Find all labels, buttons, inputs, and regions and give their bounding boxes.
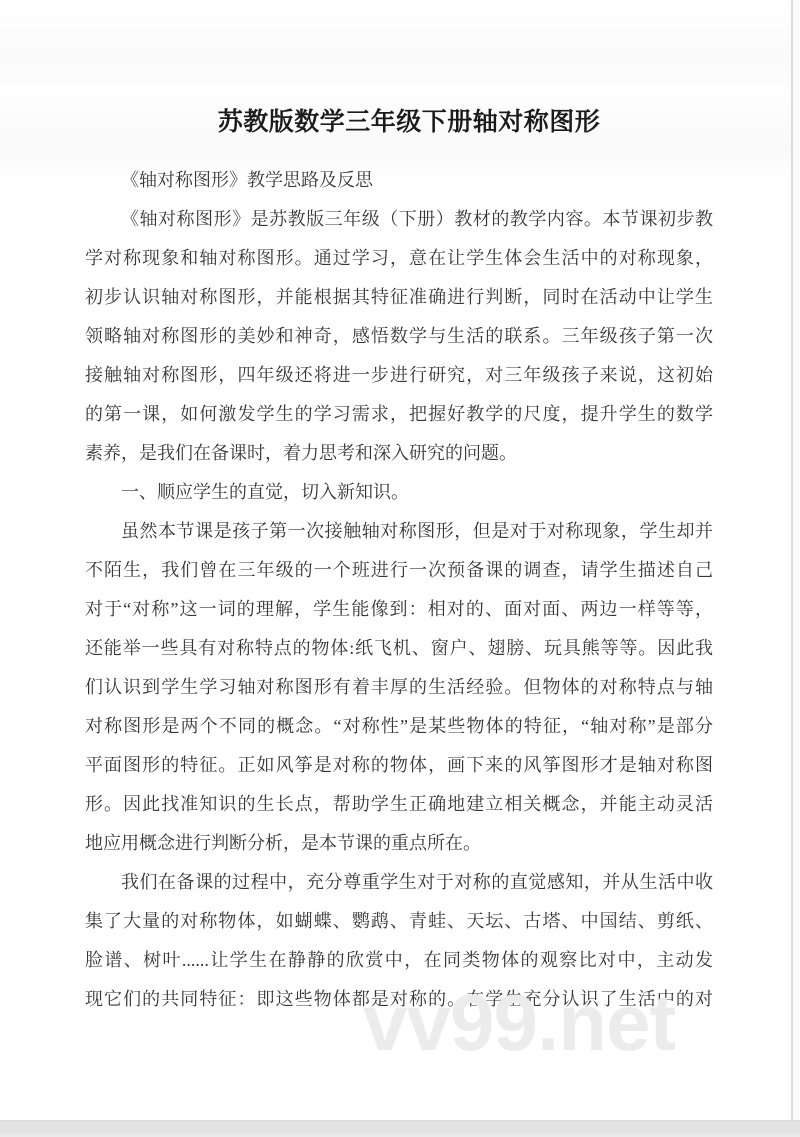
text-line: 形。因此找准知识的生长点，帮助学生正确地建立相关概念，并能主动灵活 <box>85 785 713 824</box>
text-line: 平面图形的特征。正如风筝是对称的物体，画下来的风筝图形才是轴对称图 <box>85 746 713 785</box>
text-line: 现它们的共同特征：即这些物体都是对称的。在学生充分认识了生活中的对 <box>85 980 713 1019</box>
document-title: 苏教版数学三年级下册轴对称图形 <box>85 105 733 139</box>
text-line: 《轴对称图形》是苏教版三年级（下册）教材的教学内容。本节课初步教 <box>85 200 713 239</box>
text-line: 还能举一些具有对称特点的物体:纸飞机、窗户、翅膀、玩具熊等等。因此我 <box>85 629 713 668</box>
text-line: 地应用概念进行判断分析，是本节课的重点所在。 <box>85 824 713 863</box>
scan-shading <box>0 0 800 180</box>
document-page: 苏教版数学三年级下册轴对称图形 《轴对称图形》教学思路及反思《轴对称图形》是苏教… <box>0 0 800 1137</box>
page-gap-bar <box>0 1120 800 1137</box>
text-line: 脸谱、树叶......让学生在静静的欣赏中，在同类物体的观察比对中，主动发 <box>85 941 713 980</box>
document-body: 《轴对称图形》教学思路及反思《轴对称图形》是苏教版三年级（下册）教材的教学内容。… <box>85 161 713 1019</box>
text-line: 学对称现象和轴对称图形。通过学习，意在让学生体会生活中的对称现象， <box>85 239 713 278</box>
text-line: 素养，是我们在备课时，着力思考和深入研究的问题。 <box>85 434 713 473</box>
text-line: 接触轴对称图形，四年级还将进一步进行研究，对三年级孩子来说，这初始 <box>85 356 713 395</box>
page-edge-line <box>791 0 793 1121</box>
text-line: 领略轴对称图形的美妙和神奇，感悟数学与生活的联系。三年级孩子第一次 <box>85 317 713 356</box>
text-line: 不陌生，我们曾在三年级的一个班进行一次预备课的调查，请学生描述自己 <box>85 551 713 590</box>
page-edge-strip <box>793 0 800 1121</box>
text-line: 集了大量的对称物体，如蝴蝶、鹦鹉、青蛙、天坛、古塔、中国结、剪纸、 <box>85 902 713 941</box>
text-line: 我们在备课的过程中，充分尊重学生对于对称的直觉感知，并从生活中收 <box>85 863 713 902</box>
text-line: 对于“对称”这一词的理解，学生能像到：相对的、面对面、两边一样等等， <box>85 590 713 629</box>
text-line: 初步认识轴对称图形，并能根据其特征准确进行判断，同时在活动中让学生 <box>85 278 713 317</box>
text-line: 虽然本节课是孩子第一次接触轴对称图形，但是对于对称现象，学生却并 <box>85 512 713 551</box>
text-line: 《轴对称图形》教学思路及反思 <box>85 161 713 200</box>
text-line: 对称图形是两个不同的概念。“对称性”是某些物体的特征，“轴对称”是部分 <box>85 707 713 746</box>
text-line: 一、顺应学生的直觉，切入新知识。 <box>85 473 713 512</box>
text-line: 们认识到学生学习轴对称图形有着丰厚的生活经验。但物体的对称特点与轴 <box>85 668 713 707</box>
text-line: 的第一课，如何激发学生的学习需求，把握好教学的尺度，提升学生的数学 <box>85 395 713 434</box>
